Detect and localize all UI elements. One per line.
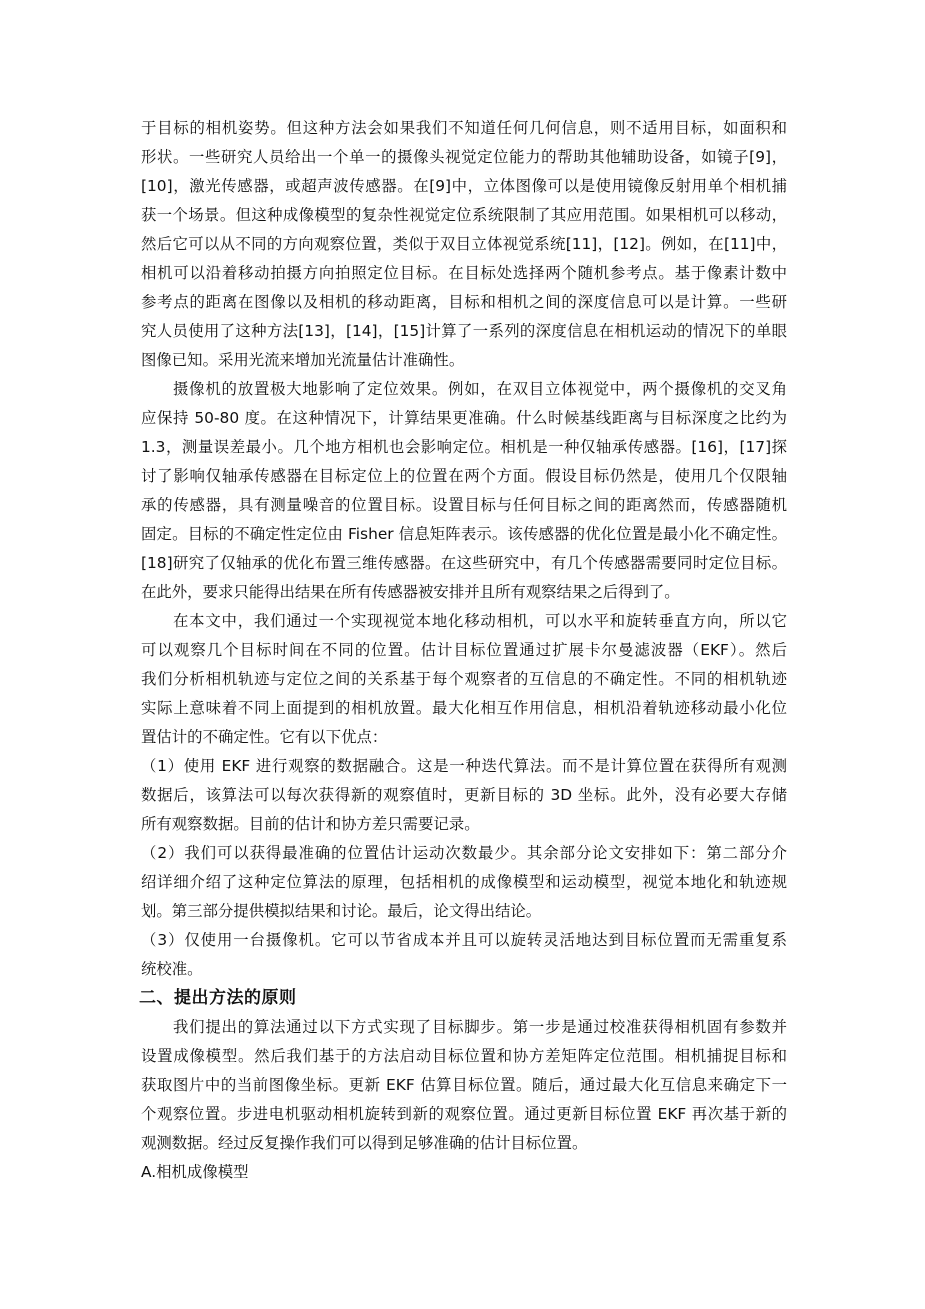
text-line: 究人员使用了这种方法[13]，[14]，[15]计算了一系列的深度信息在相机运动…: [141, 317, 787, 346]
text-line: 讨了影响仅轴承传感器在目标定位上的位置在两个方面。假设目标仍然是，使用几个仅限轴: [141, 462, 787, 491]
text-line: 我们分析相机轨迹与定位之间的关系基于每个观察者的互信息的不确定性。不同的相机轨迹: [141, 665, 787, 694]
section-heading: 二、提出方法的原则: [139, 984, 787, 1013]
text-line: （3）仅使用一台摄像机。它可以节省成本并且可以旋转灵活地达到目标位置而无需重复系: [141, 926, 787, 955]
text-line: [18]研究了仅轴承的优化布置三维传感器。在这些研究中，有几个传感器需要同时定位…: [141, 549, 787, 578]
text-line: 形状。一些研究人员给出一个单一的摄像头视觉定位能力的帮助其他辅助设备，如镜子[9…: [141, 143, 787, 172]
text-line: 个观察位置。步进电机驱动相机旋转到新的观察位置。通过更新目标位置 EKF 再次基…: [141, 1100, 787, 1129]
text-line: 我们提出的算法通过以下方式实现了目标脚步。第一步是通过校准获得相机固有参数并: [141, 1013, 787, 1042]
text-line: 参考点的距离在图像以及相机的移动距离，目标和相机之间的深度信息可以是计算。一些研: [141, 288, 787, 317]
text-line: 1.3，测量误差最小。几个地方相机也会影响定位。相机是一种仅轴承传感器。[16]…: [141, 433, 787, 462]
text-line: 摄像机的放置极大地影响了定位效果。例如，在双目立体视觉中，两个摄像机的交叉角: [141, 375, 787, 404]
text-line: 置估计的不确定性。它有以下优点：: [141, 723, 787, 752]
text-line: 实际上意味着不同上面提到的相机放置。最大化相互作用信息，相机沿着轨迹移动最小化位: [141, 694, 787, 723]
text-line: 绍详细介绍了这种定位算法的原理，包括相机的成像模型和运动模型，视觉本地化和轨迹规: [141, 868, 787, 897]
text-line: 承的传感器，具有测量噪音的位置目标。设置目标与任何目标之间的距离然而，传感器随机: [141, 491, 787, 520]
text-line: 应保持 50-80 度。在这种情况下，计算结果更准确。什么时候基线距离与目标深度…: [141, 404, 787, 433]
document-page: 于目标的相机姿势。但这种方法会如果我们不知道任何几何信息，则不适用目标，如面积和…: [141, 114, 787, 1187]
text-line: 图像已知。采用光流来增加光流量估计准确性。: [141, 346, 787, 375]
text-line: 于目标的相机姿势。但这种方法会如果我们不知道任何几何信息，则不适用目标，如面积和: [141, 114, 787, 143]
text-line: 获取图片中的当前图像坐标。更新 EKF 估算目标位置。随后，通过最大化互信息来确…: [141, 1071, 787, 1100]
advantage-item-3: （3）仅使用一台摄像机。它可以节省成本并且可以旋转灵活地达到目标位置而无需重复系…: [141, 926, 787, 984]
advantage-item-1: （1）使用 EKF 进行观察的数据融合。这是一种迭代算法。而不是计算位置在获得所…: [141, 752, 787, 839]
text-line: （1）使用 EKF 进行观察的数据融合。这是一种迭代算法。而不是计算位置在获得所…: [141, 752, 787, 781]
paragraph-this-paper: 在本文中，我们通过一个实现视觉本地化移动相机，可以水平和旋转垂直方向，所以它 可…: [141, 607, 787, 752]
text-line: 设置成像模型。然后我们基于的方法启动目标位置和协方差矩阵定位范围。相机捕捉目标和: [141, 1042, 787, 1071]
text-line: 在本文中，我们通过一个实现视觉本地化移动相机，可以水平和旋转垂直方向，所以它: [141, 607, 787, 636]
advantage-item-2: （2）我们可以获得最准确的位置估计运动次数最少。其余部分论文安排如下：第二部分介…: [141, 839, 787, 926]
text-line: 统校准。: [141, 955, 787, 984]
text-line: 划。第三部分提供模拟结果和讨论。最后，论文得出结论。: [141, 897, 787, 926]
text-line: 所有观察数据。目前的估计和协方差只需要记录。: [141, 810, 787, 839]
text-line: 数据后，该算法可以每次获得新的观察值时，更新目标的 3D 坐标。此外，没有必要大…: [141, 781, 787, 810]
text-line: （2）我们可以获得最准确的位置估计运动次数最少。其余部分论文安排如下：第二部分介: [141, 839, 787, 868]
paragraph-method-overview: 我们提出的算法通过以下方式实现了目标脚步。第一步是通过校准获得相机固有参数并 设…: [141, 1013, 787, 1158]
text-line: 固定。目标的不确定性定位由 Fisher 信息矩阵表示。该传感器的优化位置是最小…: [141, 520, 787, 549]
text-line: 然后它可以从不同的方向观察位置，类似于双目立体视觉系统[11]，[12]。例如，…: [141, 230, 787, 259]
text-line: 获一个场景。但这种成像模型的复杂性视觉定位系统限制了其应用范围。如果相机可以移动…: [141, 201, 787, 230]
paragraph-camera-placement: 摄像机的放置极大地影响了定位效果。例如，在双目立体视觉中，两个摄像机的交叉角 应…: [141, 375, 787, 607]
paragraph-prior-work: 于目标的相机姿势。但这种方法会如果我们不知道任何几何信息，则不适用目标，如面积和…: [141, 114, 787, 375]
subsection-heading: A.相机成像模型: [141, 1158, 787, 1187]
text-line: 相机可以沿着移动拍摄方向拍照定位目标。在目标处选择两个随机参考点。基于像素计数中: [141, 259, 787, 288]
text-line: 可以观察几个目标时间在不同的位置。估计目标位置通过扩展卡尔曼滤波器（EKF）。然…: [141, 636, 787, 665]
text-line: 在此外，要求只能得出结果在所有传感器被安排并且所有观察结果之后得到了。: [141, 578, 787, 607]
text-line: [10]，激光传感器，或超声波传感器。在[9]中，立体图像可以是使用镜像反射用单…: [141, 172, 787, 201]
text-line: 观测数据。经过反复操作我们可以得到足够准确的估计目标位置。: [141, 1129, 787, 1158]
